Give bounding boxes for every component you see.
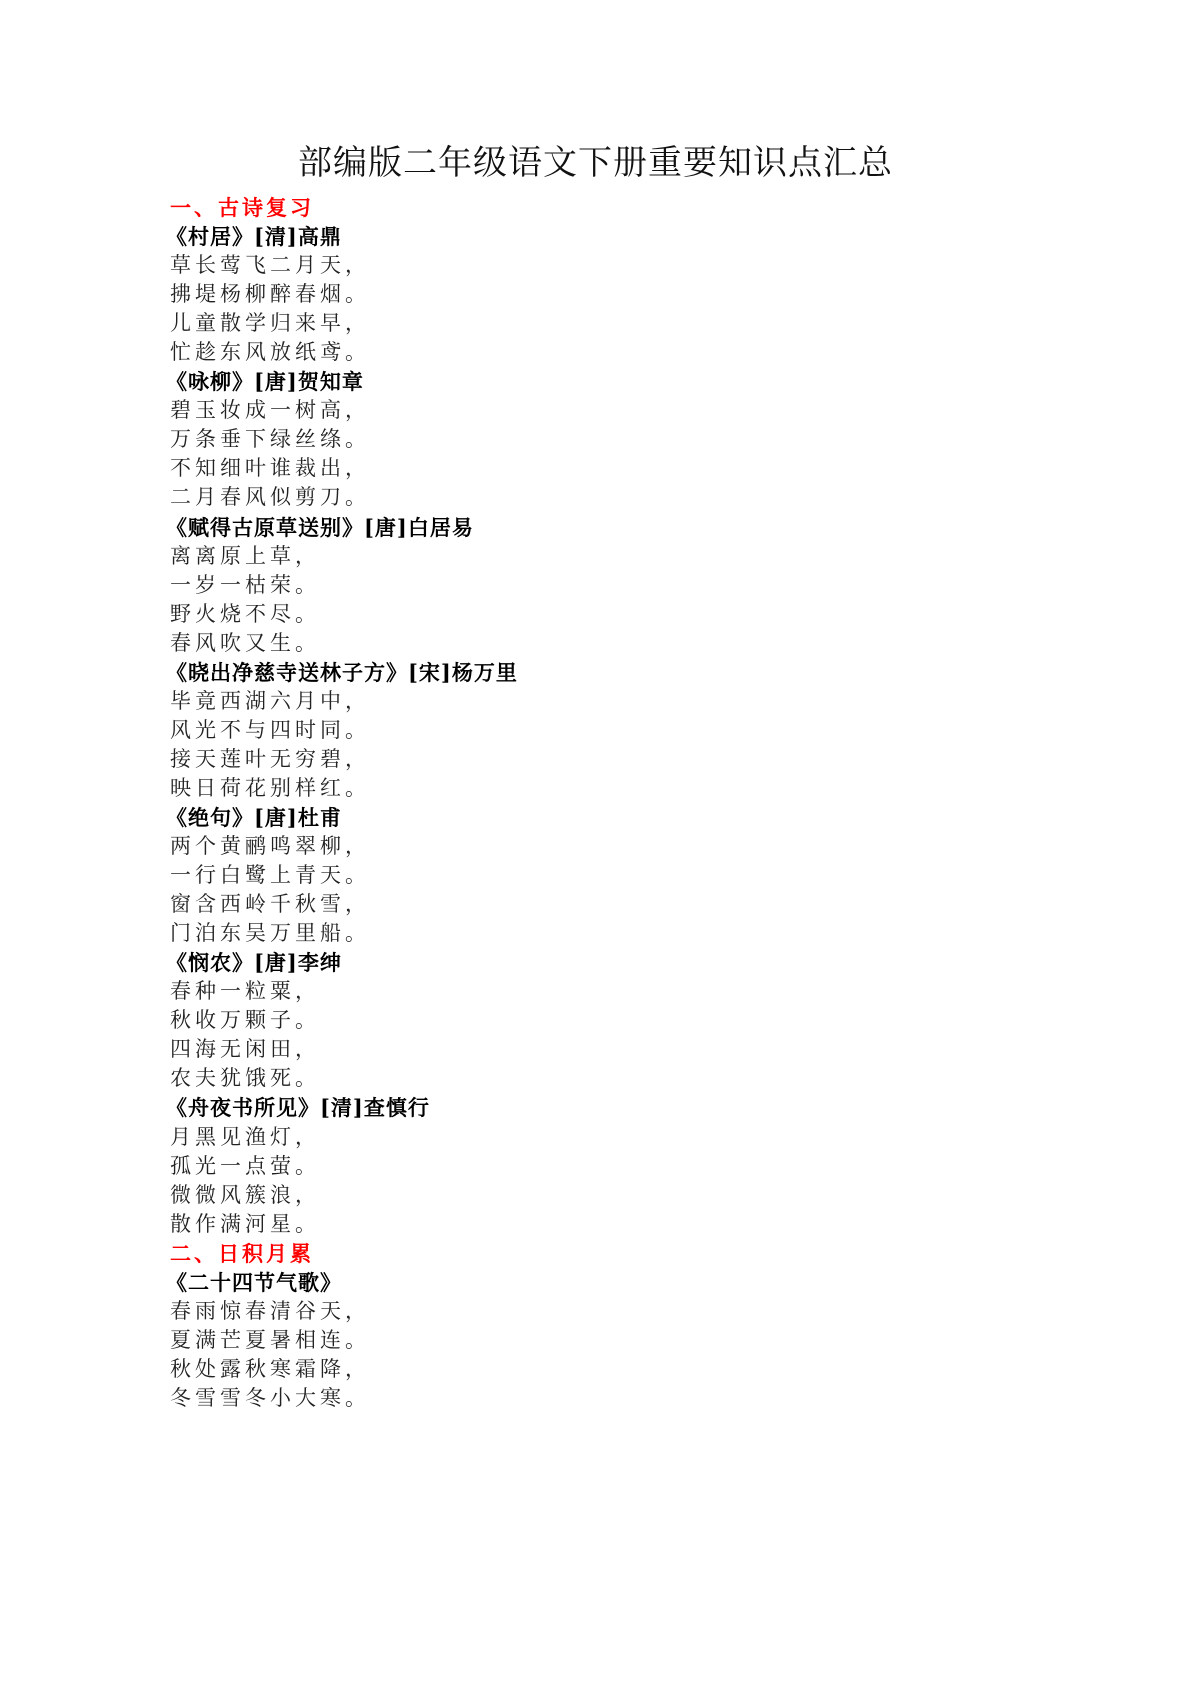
poem-line: 毕竟西湖六月中，	[170, 687, 1020, 716]
poem-line: 夏满芒夏暑相连。	[170, 1326, 1020, 1355]
document-title: 部编版二年级语文下册重要知识点汇总	[0, 141, 1191, 185]
poem-title: 《咏柳》[唐]贺知章	[166, 367, 1020, 396]
poem-line: 风光不与四时同。	[170, 716, 1020, 745]
poem-line: 两个黄鹂鸣翠柳，	[170, 832, 1020, 861]
poem: 《村居》[清]高鼎 草长莺飞二月天， 拂堤杨柳醉春烟。 儿童散学归来早， 忙趁东…	[170, 222, 1020, 367]
poem-title: 《赋得古原草送别》[唐]白居易	[166, 513, 1020, 542]
poem-line: 野火烧不尽。	[170, 600, 1020, 629]
poem-line: 四海无闲田，	[170, 1035, 1020, 1064]
poem-line: 二月春风似剪刀。	[170, 483, 1020, 512]
poem-line: 映日荷花别样红。	[170, 774, 1020, 803]
poem-line: 春风吹又生。	[170, 629, 1020, 658]
poem: 《悯农》[唐]李绅 春种一粒粟， 秋收万颗子。 四海无闲田， 农夫犹饿死。	[170, 948, 1020, 1093]
poem: 《赋得古原草送别》[唐]白居易 离离原上草， 一岁一枯荣。 野火烧不尽。 春风吹…	[170, 513, 1020, 658]
section-ancient-poems: 一、古诗复习 《村居》[清]高鼎 草长莺飞二月天， 拂堤杨柳醉春烟。 儿童散学归…	[170, 193, 1020, 1239]
poem-title: 《晓出净慈寺送林子方》[宋]杨万里	[166, 658, 1020, 687]
poem-line: 春种一粒粟，	[170, 977, 1020, 1006]
poem-line: 碧玉妆成一树高，	[170, 396, 1020, 425]
poem: 《舟夜书所见》[清]查慎行 月黑见渔灯， 孤光一点萤。 微微风簇浪， 散作满河星…	[170, 1093, 1020, 1238]
poem: 《绝句》[唐]杜甫 两个黄鹂鸣翠柳， 一行白鹭上青天。 窗含西岭千秋雪， 门泊东…	[170, 803, 1020, 948]
poem-line: 秋处露秋寒霜降，	[170, 1355, 1020, 1384]
poem-line: 微微风簇浪，	[170, 1181, 1020, 1210]
poem-line: 接天莲叶无穷碧，	[170, 745, 1020, 774]
poem-line: 不知细叶谁裁出，	[170, 454, 1020, 483]
poem-line: 窗含西岭千秋雪，	[170, 890, 1020, 919]
poem: 《二十四节气歌》 春雨惊春清谷天， 夏满芒夏暑相连。 秋处露秋寒霜降， 冬雪雪冬…	[170, 1268, 1020, 1413]
poem-line: 拂堤杨柳醉春烟。	[170, 280, 1020, 309]
document-page: 部编版二年级语文下册重要知识点汇总 一、古诗复习 《村居》[清]高鼎 草长莺飞二…	[0, 0, 1191, 1684]
poem: 《晓出净慈寺送林子方》[宋]杨万里 毕竟西湖六月中， 风光不与四时同。 接天莲叶…	[170, 658, 1020, 803]
poem-title: 《悯农》[唐]李绅	[166, 948, 1020, 977]
poem-line: 一行白鹭上青天。	[170, 861, 1020, 890]
poem: 《咏柳》[唐]贺知章 碧玉妆成一树高， 万条垂下绿丝绦。 不知细叶谁裁出， 二月…	[170, 367, 1020, 512]
poem-line: 儿童散学归来早，	[170, 309, 1020, 338]
poem-title: 《绝句》[唐]杜甫	[166, 803, 1020, 832]
poem-line: 月黑见渔灯，	[170, 1123, 1020, 1152]
poem-title: 《舟夜书所见》[清]查慎行	[166, 1093, 1020, 1122]
poem-line: 冬雪雪冬小大寒。	[170, 1384, 1020, 1413]
poem-line: 离离原上草，	[170, 542, 1020, 571]
poem-line: 万条垂下绿丝绦。	[170, 425, 1020, 454]
document-body: 一、古诗复习 《村居》[清]高鼎 草长莺飞二月天， 拂堤杨柳醉春烟。 儿童散学归…	[170, 193, 1020, 1413]
poem-line: 一岁一枯荣。	[170, 571, 1020, 600]
poem-line: 散作满河星。	[170, 1210, 1020, 1239]
section-heading: 二、日积月累	[170, 1239, 1020, 1268]
section-daily-accumulation: 二、日积月累 《二十四节气歌》 春雨惊春清谷天， 夏满芒夏暑相连。 秋处露秋寒霜…	[170, 1239, 1020, 1413]
poem-line: 忙趁东风放纸鸢。	[170, 338, 1020, 367]
poem-line: 春雨惊春清谷天，	[170, 1297, 1020, 1326]
poem-line: 农夫犹饿死。	[170, 1064, 1020, 1093]
poem-line: 孤光一点萤。	[170, 1152, 1020, 1181]
poem-line: 草长莺飞二月天，	[170, 251, 1020, 280]
poem-line: 秋收万颗子。	[170, 1006, 1020, 1035]
section-heading: 一、古诗复习	[170, 193, 1020, 222]
poem-title: 《二十四节气歌》	[166, 1268, 1020, 1297]
poem-title: 《村居》[清]高鼎	[166, 222, 1020, 251]
poem-line: 门泊东吴万里船。	[170, 919, 1020, 948]
